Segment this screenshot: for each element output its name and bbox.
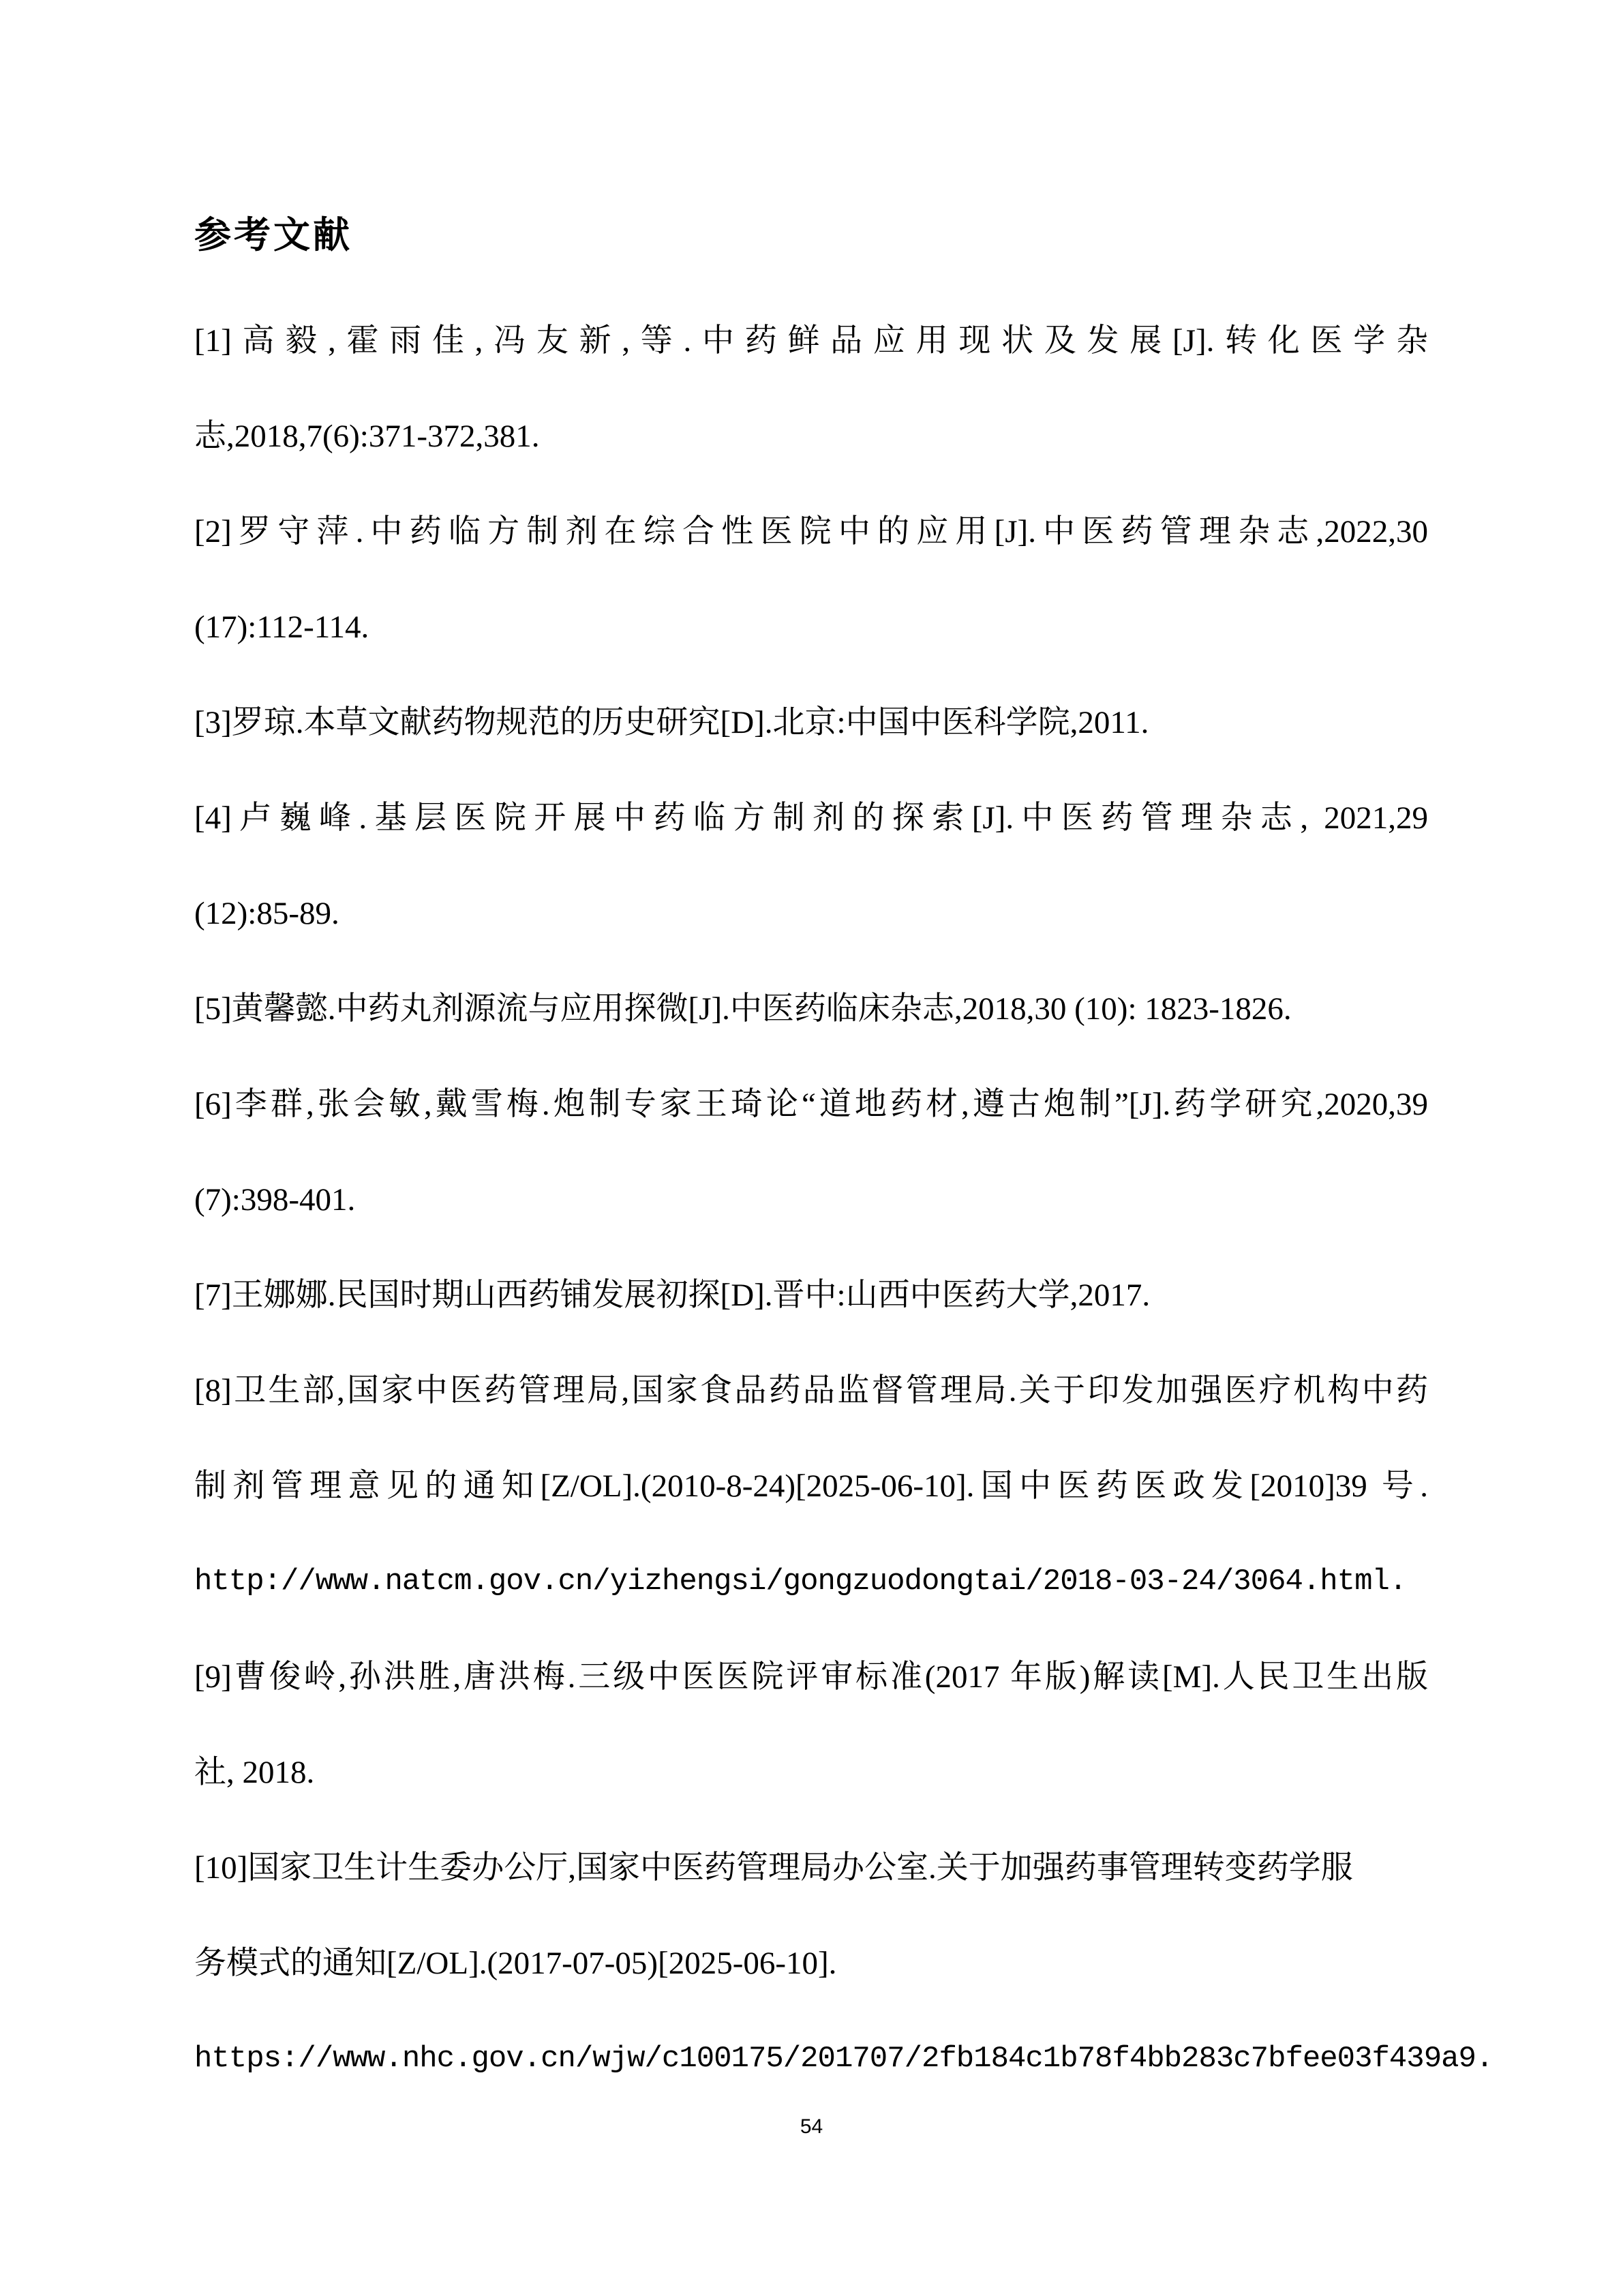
reference-line: (7):398-401. [194,1176,1428,1224]
reference-line: [8]卫生部,国家中医药管理局,国家食品药品监督管理局.关于印发加强医疗机构中药 [194,1367,1428,1415]
reference-line: [9]曹俊岭,孙洪胜,唐洪梅.三级中医医院评审标准(2017 年版)解读[M].… [194,1653,1428,1701]
reference-line: [3]罗琼.本草文献药物规范的历史研究[D].北京:中国中医科学院,2011. [194,699,1428,746]
reference-line: 志,2018,7(6):371-372,381. [194,412,1428,460]
reference-line: (17):112-114. [194,603,1428,651]
reference-line: 制剂管理意见的通知[Z/OL].(2010-8-24)[2025-06-10].… [194,1462,1428,1510]
reference-line: 社, 2018. [194,1749,1428,1796]
reference-line: [4]卢巍峰.基层医院开展中药临方制剂的探索[J].中医药管理杂志, 2021,… [194,794,1428,842]
reference-line: (12):85-89. [194,890,1428,937]
section-title: 参考文献 [194,217,352,254]
reference-line: [7]王娜娜.民国时期山西药铺发展初探[D].晋中:山西中医药大学,2017. [194,1271,1428,1319]
reference-url-link[interactable]: https://www.nhc.gov.cn/wjw/c100175/20170… [194,2035,1428,2083]
document-page: 参考文献 [1]高毅,霍雨佳,冯友新,等.中药鲜品应用现状及发展[J].转化医学… [0,0,1623,2296]
reference-line: [2]罗守萍.中药临方制剂在综合性医院中的应用[J].中医药管理杂志,2022,… [194,508,1428,556]
reference-line: [6]李群,张会敏,戴雪梅.炮制专家王琦论“道地药材,遵古炮制”[J].药学研究… [194,1081,1428,1128]
reference-line: [10]国家卫生计生委办公厅,国家中医药管理局办公室.关于加强药事管理转变药学服 [194,1844,1428,1892]
reference-line: [5]黄馨懿.中药丸剂源流与应用探微[J].中医药临床杂志,2018,30 (1… [194,985,1428,1033]
page-number: 54 [0,2115,1623,2139]
reference-line: [1]高毅,霍雨佳,冯友新,等.中药鲜品应用现状及发展[J].转化医学杂 [194,317,1428,365]
reference-url-link[interactable]: http://www.natcm.gov.cn/yizhengsi/gongzu… [194,1558,1428,1605]
reference-line: 务模式的通知[Z/OL].(2017-07-05)[2025-06-10]. [194,1939,1428,1987]
